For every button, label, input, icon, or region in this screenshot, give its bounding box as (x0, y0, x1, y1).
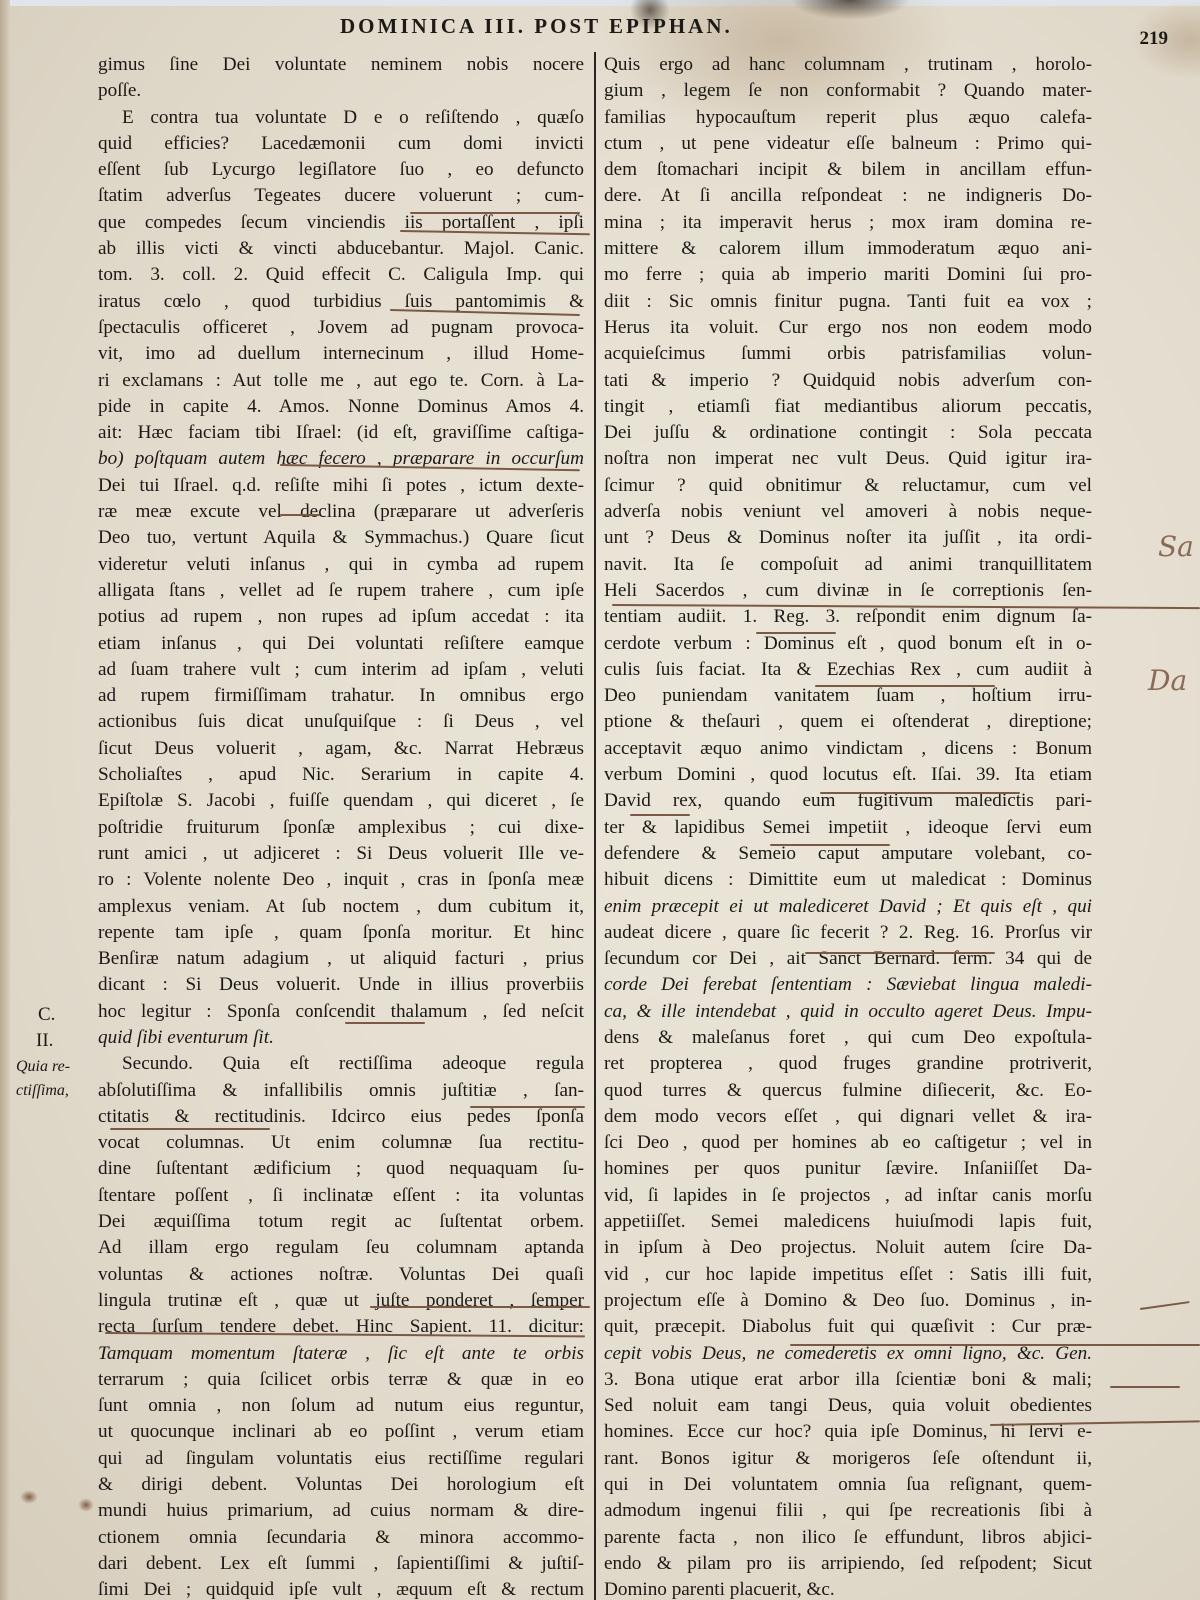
background-strip (0, 0, 1200, 6)
text-line: poſtridie fruiturum ſponſæ amplexibus ; … (98, 815, 584, 841)
text-line: alligata ſtans , vellet ad ſe rupem trah… (98, 578, 584, 604)
text-line: ro : Volente nolente Deo , inquit , cras… (98, 867, 584, 893)
text-line: quid ſibi eventurum ſit. (98, 1025, 584, 1051)
text-line: hoc legitur : Sponſa conſcendit thalamum… (98, 999, 584, 1025)
column-divider (594, 52, 596, 1600)
text-line: Deo tuo, vertunt Aquila & Symmachus.) Qu… (98, 525, 584, 551)
text-line: endo & pilam pro iis arripiendo, ſed reſ… (604, 1551, 1092, 1577)
text-line: dem ſtomachari incipit & bilem in ancill… (604, 157, 1092, 183)
underline-annotation (410, 212, 580, 214)
text-line: qui in Dei voluntatem omnia ſua reſignan… (604, 1472, 1092, 1498)
text-line: videretur veluti inſanus , qui in cymba … (98, 552, 584, 578)
text-line: poſſe. (98, 78, 584, 104)
text-line: mo ferre ; quia ab imperio mariti Domini… (604, 262, 1092, 288)
text-line: amplexus veniam. At ſub noctem , dum cub… (98, 894, 584, 920)
text-line: vocat columnas. Ut enim columnæ ſua rect… (98, 1130, 584, 1156)
text-line: Heli Sacerdos , cum divinæ in ſe corrept… (604, 578, 1092, 604)
handwritten-note: Da (1148, 664, 1187, 697)
underline-annotation (370, 1306, 590, 1308)
text-line: Dei æquiſſima totum regit ac ſuſtentat o… (98, 1209, 584, 1235)
text-line: rant. Bonos igitur & morigeros ſeſe oſte… (604, 1446, 1092, 1472)
text-line: ri exclamans : Aut tolle me , aut ego te… (98, 368, 584, 394)
text-line: familias hypocauſtum reperit plus æquo c… (604, 105, 1092, 131)
text-line: abſolutiſſima & infallibilis omnis juſti… (98, 1078, 584, 1104)
text-line: voluntas & actiones noſtræ. Voluntas Dei… (98, 1262, 584, 1288)
text-line: homines per quos punitur ſævire. Inſanii… (604, 1156, 1092, 1182)
text-line: dine ſuſtentant ædificium ; quod nequaqu… (98, 1156, 584, 1182)
text-line: Herus ita voluit. Cur ergo nos non eodem… (604, 315, 1092, 341)
text-line: ptione & theſauri , quem ei oſtenderat ,… (604, 709, 1092, 735)
text-line: mittere & calorem illum immoderatum æquo… (604, 236, 1092, 262)
text-line: vit, imo ad duellum internecinum , illud… (98, 341, 584, 367)
text-line: Scholiaſtes , apud Nic. Serarium in capi… (98, 762, 584, 788)
text-line: Domino parenti placuerit, &c. (604, 1577, 1092, 1600)
text-line: in ipſum à Deo projectus. Noluit autem ſ… (604, 1235, 1092, 1261)
text-line: dem modo vecors eſſet , qui dignari vell… (604, 1104, 1092, 1130)
text-line: unt ? Deus & Dominus noſter ita juſſit ,… (604, 525, 1092, 551)
text-line: parente facta , non ilico ſe effundunt, … (604, 1525, 1092, 1551)
underline-annotation (805, 952, 995, 954)
text-line: dens & maleſanus foret , qui cum Deo exp… (604, 1025, 1092, 1051)
text-line: Quis ergo ad hanc columnam , trutinam , … (604, 52, 1092, 78)
underline-annotation (820, 792, 1020, 794)
spot (20, 1490, 38, 1504)
text-line: Tamquam momentum ſtateræ , ſic eſt ante … (98, 1341, 584, 1367)
underline-annotation (1110, 1386, 1180, 1388)
text-line: ſicut Deus voluerit , agam, &c. Narrat H… (98, 736, 584, 762)
text-line: Epiſtolæ S. Jacobi , fuiſſe quendam , qu… (98, 788, 584, 814)
text-line: ſpectaculis officeret , Jovem ad pugnam … (98, 315, 584, 341)
paragraph-start: Secundo. Quia eſt rectiſſima adeoque reg… (98, 1051, 584, 1077)
text-line: appetiiſſet. Semei maledicens huiuſmodi … (604, 1209, 1092, 1235)
text-line: ſtatim adverſus Tegeates ducere voluerun… (98, 183, 584, 209)
text-line: ctionem omnia ſecundaria & minora accomm… (98, 1525, 584, 1551)
text-line: ræ meæ excute vel declina (præparare ut … (98, 499, 584, 525)
text-line: qui ad ſingulam voluntatis eius rectiſſi… (98, 1446, 584, 1472)
underline-annotation (110, 1128, 270, 1130)
text-line: verbum Domini , quod locutus eſt. Iſai. … (604, 762, 1092, 788)
text-line: adverſa nobis veniunt vel amoveri à nobi… (604, 499, 1092, 525)
handwritten-note: Sa (1158, 530, 1194, 563)
text-line: etiam inſanus , qui Dei voluntati reſiſt… (98, 631, 584, 657)
underline-annotation (470, 1106, 585, 1108)
text-line: projectum eſſe à Domino & Deo ſuo. Domin… (604, 1288, 1092, 1314)
left-column: gimus ſine Dei voluntate neminem nobis n… (98, 52, 584, 1600)
text-line: dere. At ſi ancilla reſpondeat : ne indi… (604, 183, 1092, 209)
text-line: ſunt omnia , non ſolum ad nutum eius reg… (98, 1393, 584, 1419)
text-line: vid , cur hoc lapide impetitus eſſet : S… (604, 1262, 1092, 1288)
text-line: enim præcepit ei ut malediceret David ; … (604, 894, 1092, 920)
text-line: noſtra non imperat nec vult Deus. Quid i… (604, 446, 1092, 472)
text-line: ait: Hæc faciam tibi Iſrael: (id eſt, gr… (98, 420, 584, 446)
text-line: tingit , etiamſi fiat mediantibus alioru… (604, 394, 1092, 420)
text-line: terrarum ; quia ſcilicet orbis terræ & q… (98, 1367, 584, 1393)
underline-annotation (280, 514, 320, 516)
text-line: vid, ſi lapides in ſe projectos , ad inſ… (604, 1183, 1092, 1209)
text-line: gimus ſine Dei voluntate neminem nobis n… (98, 52, 584, 78)
text-line: audeat dicere , quare ſic fecerit ? 2. R… (604, 920, 1092, 946)
text-line: Dei tui Iſrael. q.d. reſiſte mihi ſi pot… (98, 473, 584, 499)
text-line: tati & imperio ? Quidquid nobis adverſum… (604, 368, 1092, 394)
text-line: iratus cœlo , quod turbidius ſuis pantom… (98, 289, 584, 315)
text-line: mina ; ita imperavit herus ; mox iram do… (604, 210, 1092, 236)
text-line: navit. Ita ſe compoſuit ad animi tranqui… (604, 552, 1092, 578)
text-line: acceptavit æquo animo vindictam , dicens… (604, 736, 1092, 762)
text-line: quit, præcepit. Diabolus fuit qui quæſiv… (604, 1314, 1092, 1340)
text-line: cerdote verbum : Dominus eſt , quod bonu… (604, 631, 1092, 657)
text-line: Benſiræ natum adagium , ut aliquid factu… (98, 946, 584, 972)
text-line: ab illis victi & vincti abducebantur. Ma… (98, 236, 584, 262)
margin-note-keyword: ctiſſima, (16, 1078, 69, 1104)
text-line: runt amici , ut adjiceret : Si Deus volu… (98, 841, 584, 867)
text-line: repente tam ipſe , quam ſponſa moritur. … (98, 920, 584, 946)
text-line: ad rupem firmiſſimam trahatur. In omnibu… (98, 683, 584, 709)
text-line: ca, & ille intendebat , quid in occulto … (604, 999, 1092, 1025)
text-line: & dirigi debent. Voluntas Dei horologium… (98, 1472, 584, 1498)
text-line: culis ſuis faciat. Ita & Ezechias Rex , … (604, 657, 1092, 683)
text-line: tom. 3. coll. 2. Quid effecit C. Caligul… (98, 262, 584, 288)
text-line: Ad illam ergo regulam ſeu columnam aptan… (98, 1235, 584, 1261)
page-number: 219 (1140, 28, 1169, 50)
text-line: corde Dei ferebat ſententiam : Sæviebat … (604, 972, 1092, 998)
text-line: lingula trutinæ eſt , quæ ut juſte ponde… (98, 1288, 584, 1314)
text-line: ut quocunque inclinari ab eo poſſint , v… (98, 1419, 584, 1445)
underline-annotation (790, 1344, 1200, 1346)
text-line: ret propterea , quod fruges grandine pro… (604, 1051, 1092, 1077)
page-binding-edge (0, 0, 10, 1600)
right-column: Quis ergo ad hanc columnam , trutinam , … (604, 52, 1092, 1600)
underline-annotation (630, 814, 690, 816)
text-line: quid efficies? Lacedæmonii cum domi invi… (98, 131, 584, 157)
text-line: dari debent. Lex eſt ſummi , ſapientiſſi… (98, 1551, 584, 1577)
margin-note-number: II. (36, 1028, 53, 1054)
text-line: mundi huius primarium, ad cuius normam &… (98, 1498, 584, 1524)
text-line: ſecundum cor Dei , ait Sanct Bernard. ſe… (604, 946, 1092, 972)
text-line: Deo puniendam vanitatem ſuam , hoſtium i… (604, 683, 1092, 709)
text-line: diit : Sic omnis finitur pugna. Tanti fu… (604, 289, 1092, 315)
text-line: Dei juſſu & ordinatione contingit : Sola… (604, 420, 1092, 446)
paragraph-start: E contra tua voluntate D e o reſiſtendo … (98, 105, 584, 131)
text-line: ſcimur ? quid obnitimur & reluctamur, cu… (604, 473, 1092, 499)
text-line: ctum , ut pene videatur eſſe balneum : P… (604, 131, 1092, 157)
underline-annotation (756, 632, 836, 634)
text-line: gium , legem ſe non conformabit ? Quando… (604, 78, 1092, 104)
text-line: eſſent ſub Lycurgo legiſlatore ſuo , eo … (98, 157, 584, 183)
underline-annotation (815, 685, 995, 687)
text-line: ad ſuam trahere vult ; cum interim ad ip… (98, 657, 584, 683)
text-line: pide in capite 4. Amos. Nonne Dominus Am… (98, 394, 584, 420)
text-line: ſtentare poſſent , ſi inclinatæ eſſent :… (98, 1183, 584, 1209)
spot (78, 1498, 94, 1512)
text-line: quod turres & quercus fulmine diſiecerit… (604, 1078, 1092, 1104)
underline-annotation (345, 1022, 425, 1024)
margin-note-keyword: Quia re- (16, 1054, 70, 1080)
text-line: 3. Bona utique erat arbor illa ſcientiæ … (604, 1367, 1092, 1393)
underline-annotation (770, 844, 890, 846)
margin-note-section-letter: C. (38, 1002, 55, 1028)
running-title: DOMINICA III. POST EPIPHAN. (340, 14, 733, 39)
text-line: ter & lapidibus Semei impetiit , ideoque… (604, 815, 1092, 841)
text-line: ſci Deo , quod per homines ab eo caſtige… (604, 1130, 1092, 1156)
text-line: admodum ingenui filii , qui ſpe recreati… (604, 1498, 1092, 1524)
text-line: ſimi Dei ; quidquid ipſe vult , æquum eſ… (98, 1577, 584, 1600)
text-line: potius ad rupem , non rupes ad ipſum acc… (98, 604, 584, 630)
text-line: acquieſcimus ſummi orbis patrisfamilias … (604, 341, 1092, 367)
book-page: DOMINICA III. POST EPIPHAN. 219 gimus ſi… (0, 0, 1200, 1600)
pen-stroke (1140, 1301, 1190, 1310)
text-line: Sed noluit eam tangi Deus, quia voluit o… (604, 1393, 1092, 1419)
text-line: actionibus ſuis dicat unuſquiſque : ſi D… (98, 709, 584, 735)
text-line: hibuit dicens : Dimittite eum ut maledic… (604, 867, 1092, 893)
text-line: dicant : Si Deus voluerit. Unde in illiu… (98, 972, 584, 998)
text-line: tentiam audiit. 1. Reg. 3. reſpondit eni… (604, 604, 1092, 630)
